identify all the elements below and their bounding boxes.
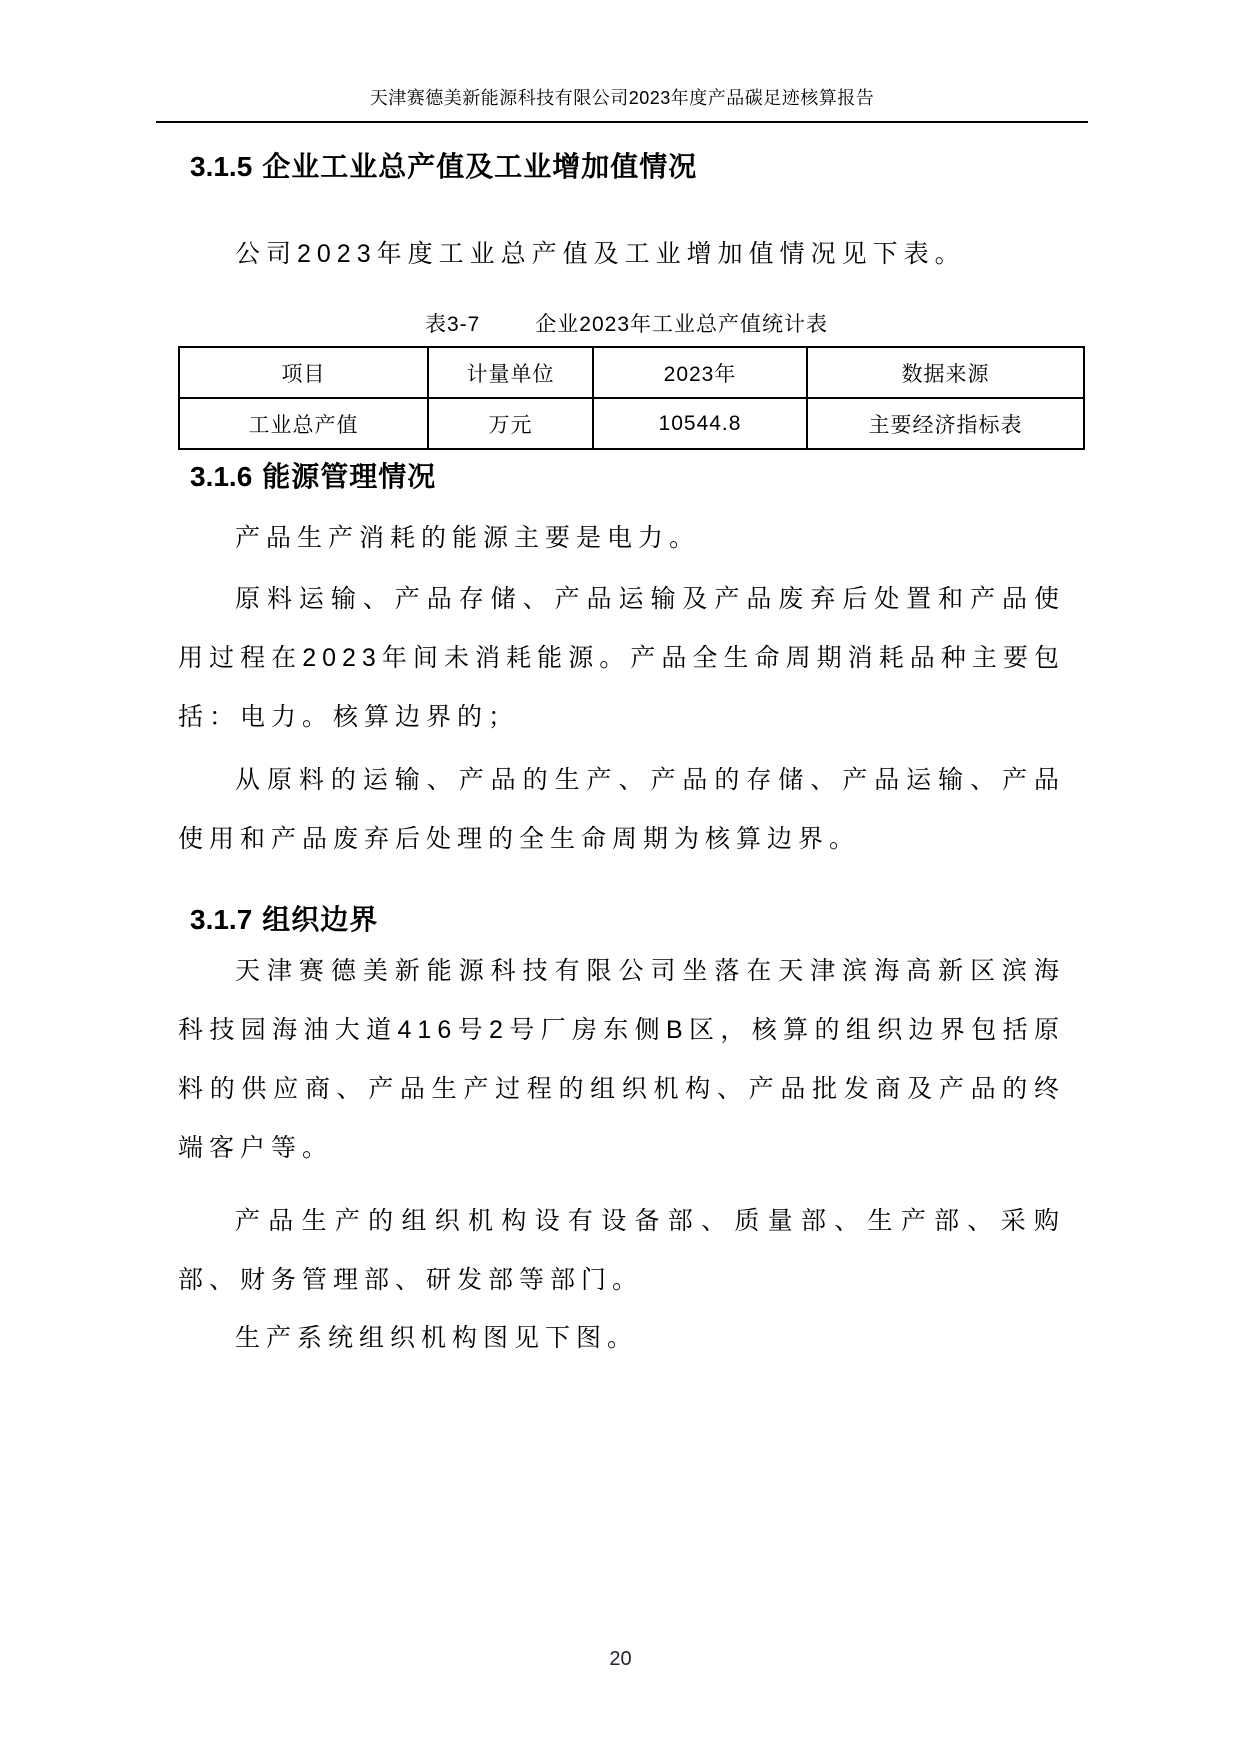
table-caption-title: 企业2023年工业总产值统计表 <box>535 313 828 336</box>
industrial-output-table: 项目 计量单位 2023年 数据来源 工业总产值 万元 10544.8 主要经济… <box>178 346 1085 450</box>
document-page: 天津赛德美新能源科技有限公司2023年度产品碳足迹核算报告 3.1.5企业工业总… <box>0 0 1241 1753</box>
section-title: 能源管理情况 <box>262 461 436 492</box>
section-title: 组织边界 <box>262 904 378 935</box>
table-cell-source: 主要经济指标表 <box>807 398 1084 449</box>
table-cell-value: 10544.8 <box>593 398 807 449</box>
table-header-row: 项目 计量单位 2023年 数据来源 <box>179 347 1084 398</box>
paragraph-org-boundary-location: 天津赛德美新能源科技有限公司坐落在天津滨海高新区滨海科技园海油大道416号2号厂… <box>178 942 1065 1178</box>
section-heading-3-1-6: 3.1.6能源管理情况 <box>190 460 436 494</box>
table-caption-label: 表3-7 <box>425 313 480 336</box>
section-heading-3-1-5: 3.1.5企业工业总产值及工业增加值情况 <box>190 150 697 184</box>
page-number: 20 <box>0 1648 1241 1671</box>
table-header-item: 项目 <box>179 347 428 398</box>
page-header-title: 天津赛德美新能源科技有限公司2023年度产品碳足迹核算报告 <box>156 84 1088 110</box>
paragraph-org-departments: 产品生产的组织机构设有设备部、质量部、生产部、采购部、财务管理部、研发部等部门。 <box>178 1192 1065 1310</box>
table-header-source: 数据来源 <box>807 347 1084 398</box>
section-number: 3.1.5 <box>190 151 252 182</box>
paragraph-org-chart-reference: 生产系统组织机构图见下图。 <box>178 1309 1065 1368</box>
section-number: 3.1.7 <box>190 904 252 935</box>
paragraph-lifecycle-boundary: 从原料的运输、产品的生产、产品的存储、产品运输、产品使用和产品废弃后处理的全生命… <box>178 751 1065 869</box>
header-divider <box>156 121 1088 123</box>
section-number: 3.1.6 <box>190 461 252 492</box>
table-header-unit: 计量单位 <box>428 347 593 398</box>
table-cell-item: 工业总产值 <box>179 398 428 449</box>
paragraph-energy-scope: 原料运输、产品存储、产品运输及产品废弃后处置和产品使用过程在2023年间未消耗能… <box>178 570 1065 747</box>
paragraph-energy-electricity: 产品生产消耗的能源主要是电力。 <box>178 509 1065 568</box>
table-header-year: 2023年 <box>593 347 807 398</box>
table-row: 工业总产值 万元 10544.8 主要经济指标表 <box>179 398 1084 449</box>
table-caption: 表3-7企业2023年工业总产值统计表 <box>178 308 1075 338</box>
section-heading-3-1-7: 3.1.7组织边界 <box>190 903 378 937</box>
table-cell-unit: 万元 <box>428 398 593 449</box>
paragraph-industrial-output-intro: 公司2023年度工业总产值及工业增加值情况见下表。 <box>178 225 1065 284</box>
section-title: 企业工业总产值及工业增加值情况 <box>262 151 697 182</box>
